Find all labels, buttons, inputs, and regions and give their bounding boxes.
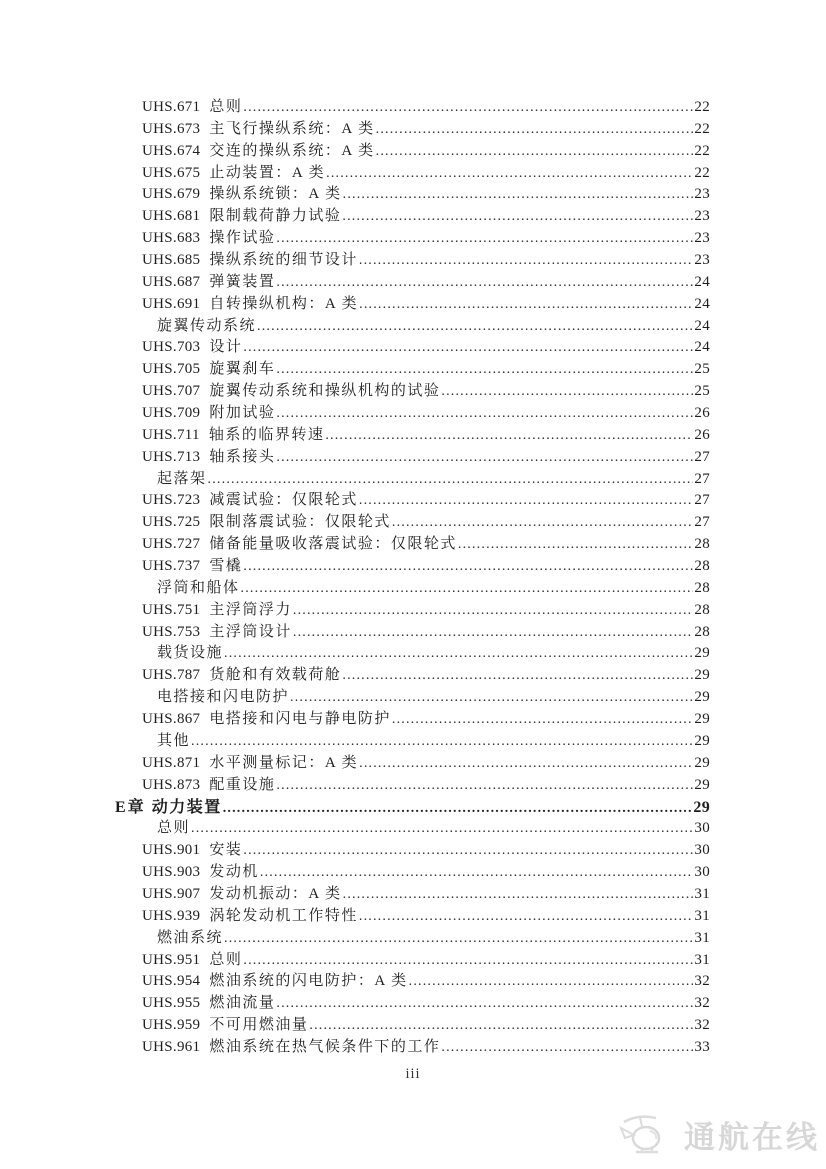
toc-row: UHS.683操作试验.............................… (142, 228, 710, 250)
toc-page-number: 32 (694, 971, 710, 993)
dot-leader: ........................................… (359, 250, 694, 272)
toc-row: UHS.671总则...............................… (142, 97, 710, 119)
dot-leader: ........................................… (309, 1015, 693, 1037)
toc-title: 自转操纵机构：A 类 (209, 294, 358, 316)
toc-row: UHS.691自转操纵机构：A 类.......................… (142, 294, 710, 316)
dot-leader: ........................................… (276, 447, 693, 469)
toc-section-code: UHS.673 (142, 119, 200, 141)
toc-page-number: 28 (694, 600, 710, 622)
toc-title: 发动机振动：A 类 (209, 884, 341, 906)
toc-row: 起落架.....................................… (157, 469, 710, 491)
toc-page-number: 22 (694, 141, 710, 163)
toc-page-number: 26 (694, 425, 710, 447)
toc-title: 主飞行操纵系统：A 类 (209, 119, 374, 141)
dot-leader: ........................................… (243, 556, 693, 578)
toc-row: UHS.687弹簧装置.............................… (142, 272, 710, 294)
toc-row: UHS.737雪橇...............................… (142, 556, 710, 578)
toc-title: 动力装置 (152, 797, 222, 819)
toc-section-code: UHS.671 (142, 97, 200, 119)
toc-row: UHS.959不可用燃油量...........................… (142, 1015, 710, 1037)
toc-title: 安装 (209, 840, 242, 862)
toc-section-code: UHS.903 (142, 862, 200, 884)
toc-section-code: UHS.679 (142, 184, 200, 206)
toc-page-number: 24 (694, 337, 710, 359)
dot-leader: ........................................… (441, 1037, 693, 1059)
dot-leader: ........................................… (342, 665, 693, 687)
toc-row: UHS.901安装...............................… (142, 840, 710, 862)
dot-leader: ........................................… (290, 687, 693, 709)
dot-leader: ........................................… (441, 381, 693, 403)
toc-title: 止动装置：A 类 (209, 163, 325, 185)
dot-leader: ........................................… (191, 731, 693, 753)
toc-row: UHS.674交连的操纵系统：A 类......................… (142, 141, 710, 163)
toc-section-code: UHS.683 (142, 228, 200, 250)
toc-row: 浮筒和船体...................................… (157, 578, 710, 600)
dot-leader: ........................................… (276, 272, 693, 294)
watermark-text: 通航在线 (684, 1112, 820, 1157)
dot-leader: ........................................… (359, 490, 694, 512)
toc-page-number: 23 (694, 184, 710, 206)
toc-title: 附加试验 (209, 403, 275, 425)
toc-page-number: 30 (694, 818, 710, 840)
toc-section-code: UHS.951 (142, 950, 200, 972)
toc-section-code: UHS.681 (142, 206, 200, 228)
helicopter-icon (616, 1108, 674, 1160)
toc-section-code: UHS.713 (142, 447, 200, 469)
toc-page-number: 32 (694, 993, 710, 1015)
toc-page-number: 28 (694, 556, 710, 578)
toc-title: 旋翼传动系统和操纵机构的试验 (209, 381, 440, 403)
toc-section-code: UHS.705 (142, 359, 200, 381)
toc-row: 燃油系统....................................… (157, 928, 710, 950)
toc-section-code: UHS.737 (142, 556, 200, 578)
toc-row: UHS.675止动装置：A 类.........................… (142, 163, 710, 185)
toc-row: UHS.707旋翼传动系统和操纵机构的试验...................… (142, 381, 710, 403)
toc-page-number: 29 (694, 687, 710, 709)
toc-title: 主浮筒浮力 (209, 600, 292, 622)
toc-title: 轴系接头 (209, 447, 275, 469)
toc-section-code: UHS.939 (142, 906, 200, 928)
dot-leader: ........................................… (376, 141, 694, 163)
toc-page-number: 29 (694, 709, 710, 731)
toc-page-number: 29 (694, 665, 710, 687)
toc-title: 电搭接和闪电防护 (157, 687, 289, 709)
toc-section-code: UHS.707 (142, 381, 200, 403)
toc-section-code: UHS.709 (142, 403, 200, 425)
dot-leader: ........................................… (243, 950, 693, 972)
toc-row: UHS.907发动机振动：A 类........................… (142, 884, 710, 906)
toc-page-number: 23 (694, 206, 710, 228)
toc-page-number: 23 (694, 228, 710, 250)
dot-leader: ........................................… (191, 818, 693, 840)
toc-page-number: 24 (694, 316, 710, 338)
toc-page-number: 29 (694, 643, 710, 665)
document-page: UHS.671总则...............................… (0, 0, 826, 1169)
toc-page-number: 31 (694, 906, 710, 928)
toc-row: UHS.725限制落震试验：仅限轮式......................… (142, 512, 710, 534)
toc-title: 燃油系统 (157, 928, 223, 950)
dot-leader: ........................................… (458, 534, 694, 556)
toc-section-code: UHS.954 (142, 971, 200, 993)
toc-row: UHS.723减震试验：仅限轮式........................… (142, 490, 710, 512)
toc-title: 涡轮发动机工作特性 (209, 906, 358, 928)
toc-section-code: UHS.871 (142, 753, 200, 775)
toc-title: 配重设施 (209, 775, 275, 797)
toc-page-number: 27 (694, 490, 710, 512)
dot-leader: ........................................… (293, 600, 694, 622)
toc-section-code: UHS.685 (142, 250, 200, 272)
toc-page-number: 22 (694, 97, 710, 119)
toc-row: UHS.955燃油流量.............................… (142, 993, 710, 1015)
toc-title: 发动机 (209, 862, 259, 884)
toc-row: UHS.709附加试验.............................… (142, 403, 710, 425)
toc-title: 操作试验 (209, 228, 275, 250)
dot-leader: ........................................… (276, 993, 693, 1015)
toc-section-code: UHS.787 (142, 665, 200, 687)
toc-row: UHS.705旋翼刹车.............................… (142, 359, 710, 381)
dot-leader: ........................................… (276, 359, 693, 381)
toc-row: 载货设施....................................… (157, 643, 710, 665)
toc-row: UHS.713轴系接头.............................… (142, 447, 710, 469)
toc-row: UHS.867电搭接和闪电与静电防护......................… (142, 709, 710, 731)
toc-title: 操纵系统锁：A 类 (209, 184, 341, 206)
dot-leader: ........................................… (343, 184, 694, 206)
toc-title: 货舱和有效载荷舱 (209, 665, 341, 687)
toc-row: UHS.727储备能量吸收落震试验：仅限轮式..................… (142, 534, 710, 556)
page-folio: iii (0, 1066, 826, 1083)
dot-leader: ........................................… (257, 316, 693, 338)
toc-row: UHS.903发动机..............................… (142, 862, 710, 884)
toc-title: 载货设施 (157, 643, 223, 665)
toc-page-number: 28 (694, 534, 710, 556)
toc-title: 设计 (209, 337, 242, 359)
dot-leader: ........................................… (224, 928, 693, 950)
toc-row: UHS.679操纵系统锁：A 类........................… (142, 184, 710, 206)
dot-leader: ........................................… (359, 753, 693, 775)
toc-title: 总则 (157, 818, 190, 840)
dot-leader: ........................................… (224, 643, 693, 665)
toc-page-number: 31 (694, 884, 710, 906)
dot-leader: ........................................… (276, 403, 693, 425)
toc-title: 燃油系统的闪电防护：A 类 (209, 971, 407, 993)
toc-row: UHS.951总则...............................… (142, 950, 710, 972)
toc-page-number: 25 (694, 381, 710, 403)
toc-section-code: UHS.725 (142, 512, 200, 534)
toc-title: 其他 (157, 731, 190, 753)
toc-row: UHS.939涡轮发动机工作特性........................… (142, 906, 710, 928)
toc-section-code: UHS.674 (142, 141, 200, 163)
toc-section-code: UHS.723 (142, 490, 200, 512)
toc-row: UHS.873配重设施.............................… (142, 775, 710, 797)
dot-leader: ........................................… (243, 840, 693, 862)
dot-leader: ........................................… (326, 163, 693, 185)
toc-row: 其他......................................… (157, 731, 710, 753)
toc-row: UHS.681限制载荷静力试验.........................… (142, 206, 710, 228)
toc-row: UHS.711轴系的临界转速..........................… (142, 425, 710, 447)
toc-page-number: 22 (694, 119, 710, 141)
toc-section-code: UHS.675 (142, 163, 200, 185)
toc-section-code: UHS.961 (142, 1037, 200, 1059)
toc-title: 交连的操纵系统：A 类 (209, 141, 374, 163)
dot-leader: ........................................… (409, 971, 694, 993)
dot-leader: ........................................… (241, 578, 694, 600)
dot-leader: ........................................… (243, 337, 693, 359)
toc-title: 不可用燃油量 (209, 1015, 308, 1037)
toc-row: UHS.871水平测量标记：A 类.......................… (142, 753, 710, 775)
toc-row: UHS.673主飞行操纵系统：A 类......................… (142, 119, 710, 141)
dot-leader: ........................................… (343, 884, 694, 906)
toc-row: UHS.787货舱和有效载荷舱.........................… (142, 665, 710, 687)
toc-title: 起落架 (157, 469, 207, 491)
dot-leader: ........................................… (325, 425, 693, 447)
toc-row: UHS.751主浮筒浮力............................… (142, 600, 710, 622)
toc-page-number: 32 (694, 1015, 710, 1037)
toc-section-code: UHS.703 (142, 337, 200, 359)
toc-title: 旋翼传动系统 (157, 316, 256, 338)
toc-row: UHS.954燃油系统的闪电防护：A 类....................… (142, 971, 710, 993)
toc-page-number: 31 (694, 950, 710, 972)
dot-leader: ........................................… (359, 294, 693, 316)
toc-page-number: 22 (694, 163, 710, 185)
dot-leader: ........................................… (392, 512, 694, 534)
toc-title: 减震试验：仅限轮式 (209, 490, 358, 512)
dot-leader: ........................................… (243, 97, 693, 119)
toc-page-number: 25 (694, 359, 710, 381)
toc-page-number: 24 (694, 294, 710, 316)
toc-title: 储备能量吸收落震试验：仅限轮式 (209, 534, 457, 556)
toc-title: 总则 (209, 950, 242, 972)
toc-chapter-row: E章动力装置..................................… (115, 797, 710, 819)
toc-section-code: UHS.753 (142, 622, 200, 644)
table-of-contents: UHS.671总则...............................… (0, 97, 826, 1059)
toc-title: 限制落震试验：仅限轮式 (209, 512, 391, 534)
toc-page-number: 30 (694, 840, 710, 862)
toc-title: 总则 (209, 97, 242, 119)
dot-leader: ........................................… (376, 119, 694, 141)
dot-leader: ........................................… (223, 798, 693, 820)
toc-title: 燃油系统在热气候条件下的工作 (209, 1037, 440, 1059)
toc-row: 旋翼传动系统..................................… (157, 316, 710, 338)
toc-page-number: 28 (694, 578, 710, 600)
toc-page-number: 30 (694, 862, 710, 884)
toc-section-code: UHS.691 (142, 294, 200, 316)
toc-page-number: 33 (694, 1037, 710, 1059)
toc-row: UHS.703设计...............................… (142, 337, 710, 359)
toc-section-code: UHS.959 (142, 1015, 200, 1037)
toc-title: 弹簧装置 (209, 272, 275, 294)
toc-section-code: UHS.751 (142, 600, 200, 622)
dot-leader: ........................................… (392, 709, 694, 731)
toc-page-number: 29 (694, 775, 710, 797)
toc-row: UHS.961燃油系统在热气候条件下的工作...................… (142, 1037, 710, 1059)
toc-section-code: E章 (115, 797, 146, 819)
dot-leader: ........................................… (359, 906, 694, 928)
toc-title: 主浮筒设计 (209, 622, 292, 644)
toc-section-code: UHS.955 (142, 993, 200, 1015)
toc-title: 轴系的临界转速 (209, 425, 325, 447)
toc-page-number: 27 (694, 469, 710, 491)
toc-section-code: UHS.901 (142, 840, 200, 862)
toc-title: 浮筒和船体 (157, 578, 240, 600)
toc-page-number: 31 (694, 928, 710, 950)
toc-row: 总则......................................… (157, 818, 710, 840)
toc-page-number: 24 (694, 272, 710, 294)
toc-title: 燃油流量 (209, 993, 275, 1015)
toc-page-number: 29 (694, 753, 710, 775)
toc-section-code: UHS.867 (142, 709, 200, 731)
toc-row: UHS.685操纵系统的细节设计........................… (142, 250, 710, 272)
toc-title: 水平测量标记：A 类 (209, 753, 358, 775)
toc-page-number: 29 (694, 731, 710, 753)
toc-section-code: UHS.727 (142, 534, 200, 556)
toc-title: 限制载荷静力试验 (209, 206, 341, 228)
toc-section-code: UHS.687 (142, 272, 200, 294)
toc-page-number: 27 (694, 447, 710, 469)
toc-title: 电搭接和闪电与静电防护 (209, 709, 391, 731)
dot-leader: ........................................… (208, 469, 694, 491)
toc-section-code: UHS.907 (142, 884, 200, 906)
toc-row: 电搭接和闪电防护................................… (157, 687, 710, 709)
toc-page-number: 23 (694, 250, 710, 272)
toc-title: 旋翼刹车 (209, 359, 275, 381)
toc-row: UHS.753主浮筒设计............................… (142, 622, 710, 644)
dot-leader: ........................................… (276, 228, 693, 250)
toc-title: 操纵系统的细节设计 (209, 250, 358, 272)
toc-page-number: 29 (693, 797, 710, 819)
toc-title: 雪橇 (209, 556, 242, 578)
toc-section-code: UHS.873 (142, 775, 200, 797)
dot-leader: ........................................… (342, 206, 693, 228)
dot-leader: ........................................… (276, 775, 693, 797)
watermark-logo: 通航在线 (616, 1108, 820, 1160)
dot-leader: ........................................… (260, 862, 694, 884)
toc-page-number: 26 (694, 403, 710, 425)
dot-leader: ........................................… (293, 622, 694, 644)
toc-page-number: 28 (694, 622, 710, 644)
toc-section-code: UHS.711 (142, 425, 200, 447)
toc-page-number: 27 (694, 512, 710, 534)
